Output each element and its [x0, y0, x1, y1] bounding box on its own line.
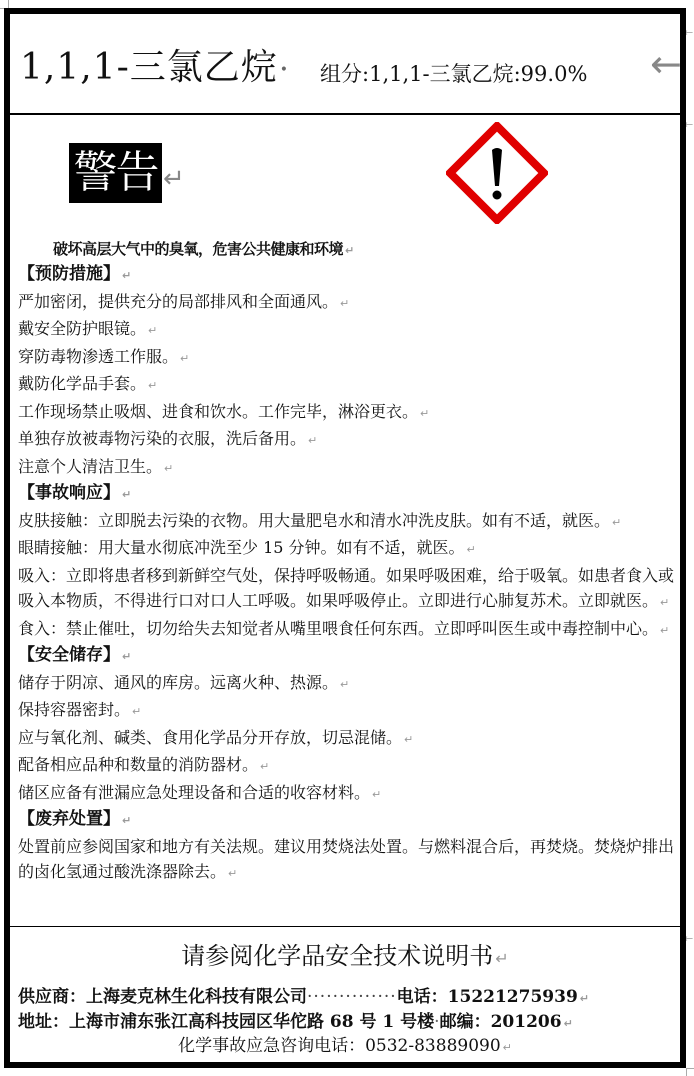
heading-text: 【废弃处置】: [18, 809, 120, 829]
paragraph-mark: ↵: [164, 462, 173, 475]
paragraph-mark: ↵: [612, 516, 621, 529]
postcode-value: 201206: [491, 1012, 562, 1032]
supplier-line: 供应商：上海麦克林生化科技有限公司··············电话：152212…: [18, 985, 678, 1011]
label-frame: 1,1,1-三氯乙烷• 组分:1,1,1-三氯乙烷:99.0% ← 警告 ↵ 破…: [4, 8, 686, 1068]
line-text: 戴安全防护眼镜。: [18, 319, 146, 338]
paragraph-mark: ↵: [180, 352, 189, 365]
prevention-line: 单独存放被毒物污染的衣服，洗后备用。↵: [18, 426, 678, 454]
paragraph-mark: ↵: [122, 488, 131, 501]
label-header: 1,1,1-三氯乙烷• 组分:1,1,1-三氯乙烷:99.0% ←: [10, 14, 680, 115]
storage-line: 配备相应品种和数量的消防器材。↵: [18, 752, 678, 780]
address-line: 地址：上海市浦东张江高科技园区华佗路 68 号 1 号楼·邮编：201206↵: [18, 1010, 678, 1036]
paragraph-mark: ↵: [132, 705, 141, 718]
section-heading-storage: 【安全储存】↵: [18, 643, 678, 670]
address-label: 地址：: [18, 1012, 69, 1032]
paragraph-mark: ↵: [372, 788, 381, 801]
emergency-line: 化学事故应急咨询电话：0532-83889090↵: [10, 1034, 680, 1060]
chemical-title: 1,1,1-三氯乙烷•: [20, 48, 289, 90]
signal-word: 警告: [69, 143, 162, 203]
paragraph-mark: ↵: [122, 269, 131, 282]
storage-line: 储存于阴凉、通风的库房。远离火种、热源。↵: [18, 670, 678, 698]
paragraph-mark: ↵: [340, 297, 349, 310]
disposal-line: 处置前应参阅国家和地方有关法规。建议用焚烧法处置。与燃料混合后，再焚烧。焚烧炉排…: [18, 834, 678, 887]
composition-value: 1,1,1-三氯乙烷:99.0%: [369, 62, 587, 86]
page-corner-mark-bottom-right: [686, 1068, 694, 1076]
notice-text: 请参阅化学品安全技术说明书: [181, 942, 493, 970]
prevention-line: 戴防化学品手套。↵: [18, 371, 678, 399]
paragraph-mark: ↵: [148, 379, 157, 392]
composition-label: 组分:: [320, 62, 369, 86]
line-text: 处置前应参阅国家和地方有关法规。建议用焚烧法处置。与燃料混合后，再焚烧。焚烧炉排…: [18, 837, 674, 882]
phone-label: 电话：: [397, 987, 448, 1007]
supplier-name: 上海麦克林生化科技有限公司: [86, 987, 307, 1007]
phone-number: 15221275939: [448, 987, 578, 1007]
line-text: 储存于阴凉、通风的库房。远离火种、热源。: [18, 673, 338, 692]
paragraph-mark: ↵: [564, 1017, 573, 1030]
line-text: 穿防毒物渗透工作服。: [18, 347, 178, 366]
label-body: 【预防措施】↵ 严加密闭，提供充分的局部排风和全面通风。↵ 戴安全防护眼镜。↵ …: [18, 262, 678, 887]
response-line: 皮肤接触：立即脱去污染的衣物。用大量肥皂水和清水冲洗皮肤。如有不适，就医。↵: [18, 508, 678, 536]
paragraph-mark: ↵: [467, 543, 476, 556]
paragraph-mark: ↵: [495, 949, 508, 968]
hazard-statement: 破坏高层大气中的臭氧，危害公共健康和环境↵: [53, 238, 354, 259]
response-line: 吸入：立即将患者移到新鲜空气处，保持呼吸畅通。如果呼吸困难，给于吸氧。如患者食入…: [18, 563, 678, 616]
paragraph-mark: ↵: [260, 760, 269, 773]
paragraph-mark: ↵: [345, 244, 354, 257]
line-text: 皮肤接触：立即脱去污染的衣物。用大量肥皂水和清水冲洗皮肤。如有不适，就医。: [18, 511, 610, 530]
chemical-name: 1,1,1-三氯乙烷: [20, 47, 278, 88]
arrow-left-icon: ←: [650, 44, 682, 84]
prevention-line: 严加密闭，提供充分的局部排风和全面通风。↵: [18, 289, 678, 317]
line-text: 食入：禁止催吐，切勿给失去知觉者从嘴里喂食任何东西。立即呼叫医生或中毒控制中心。: [18, 619, 658, 638]
storage-line: 应与氧化剂、碱类、食用化学品分开存放，切忌混储。↵: [18, 725, 678, 753]
line-text: 严加密闭，提供充分的局部排风和全面通风。: [18, 292, 338, 311]
section-heading-prevention: 【预防措施】↵: [18, 262, 678, 289]
line-text: 戴防化学品手套。: [18, 374, 146, 393]
paragraph-mark: ↵: [122, 814, 131, 827]
line-text: 储区应备有泄漏应急处理设备和合适的收容材料。: [18, 783, 370, 802]
response-line: 食入：禁止催吐，切勿给失去知觉者从嘴里喂食任何东西。立即呼叫医生或中毒控制中心。…: [18, 616, 678, 644]
emergency-phone: 0532-83889090: [365, 1036, 501, 1056]
heading-text: 【安全储存】: [18, 645, 120, 665]
leader-dots: ··············: [307, 987, 397, 1007]
paragraph-mark: ↵: [308, 434, 317, 447]
paragraph-mark: ↵: [122, 650, 131, 663]
composition: 组分:1,1,1-三氯乙烷:99.0%: [320, 61, 587, 87]
paragraph-mark: ↵: [340, 678, 349, 691]
hazard-text: 破坏高层大气中的臭氧，危害公共健康和环境: [53, 240, 343, 258]
paragraph-mark: ↵: [163, 164, 185, 194]
paragraph-mark: ↵: [580, 992, 589, 1005]
line-text: 注意个人清洁卫生。: [18, 457, 162, 476]
ghs-exclamation-pictogram-icon: [446, 122, 548, 224]
emergency-label: 化学事故应急咨询电话：: [178, 1036, 365, 1056]
heading-text: 【事故响应】: [18, 483, 120, 503]
address-value: 上海市浦东张江高科技园区华佗路 68 号 1 号楼: [69, 1012, 434, 1032]
line-text: 配备相应品种和数量的消防器材。: [18, 755, 258, 774]
footer-divider: [10, 926, 680, 927]
storage-line: 储区应备有泄漏应急处理设备和合适的收容材料。↵: [18, 780, 678, 808]
paragraph-mark: ↵: [503, 1041, 512, 1054]
prevention-line: 穿防毒物渗透工作服。↵: [18, 344, 678, 372]
heading-text: 【预防措施】: [18, 264, 120, 284]
section-heading-response: 【事故响应】↵: [18, 481, 678, 508]
line-text: 工作现场禁止吸烟、进食和饮水。工作完毕，淋浴更衣。: [18, 402, 418, 421]
line-text: 眼睛接触：用大量水彻底冲洗至少 15 分钟。如有不适，就医。: [18, 538, 465, 557]
prevention-line: 工作现场禁止吸烟、进食和饮水。工作完毕，淋浴更衣。↵: [18, 399, 678, 427]
line-text: 应与氧化剂、碱类、食用化学品分开存放，切忌混储。: [18, 728, 402, 747]
space-dot: •: [280, 62, 289, 78]
paragraph-mark: ↵: [420, 407, 429, 420]
paragraph-mark: ↵: [660, 596, 669, 609]
line-text: 吸入：立即将患者移到新鲜空气处，保持呼吸畅通。如果呼吸困难，给于吸氧。如患者食入…: [18, 566, 674, 611]
postcode-label: 邮编：: [440, 1012, 491, 1032]
paragraph-mark: ↵: [148, 324, 157, 337]
prevention-line: 戴安全防护眼镜。↵: [18, 316, 678, 344]
supplier-label: 供应商：: [18, 987, 86, 1007]
line-text: 单独存放被毒物污染的衣服，洗后备用。: [18, 429, 306, 448]
response-line: 眼睛接触：用大量水彻底冲洗至少 15 分钟。如有不适，就医。↵: [18, 535, 678, 563]
storage-line: 保持容器密封。↵: [18, 697, 678, 725]
sds-notice: 请参阅化学品安全技术说明书↵: [10, 941, 680, 974]
paragraph-mark: ↵: [228, 867, 237, 880]
paragraph-mark: ↵: [404, 733, 413, 746]
prevention-line: 注意个人清洁卫生。↵: [18, 454, 678, 482]
section-heading-disposal: 【废弃处置】↵: [18, 807, 678, 834]
paragraph-mark: ↵: [660, 624, 669, 637]
line-text: 保持容器密封。: [18, 700, 130, 719]
